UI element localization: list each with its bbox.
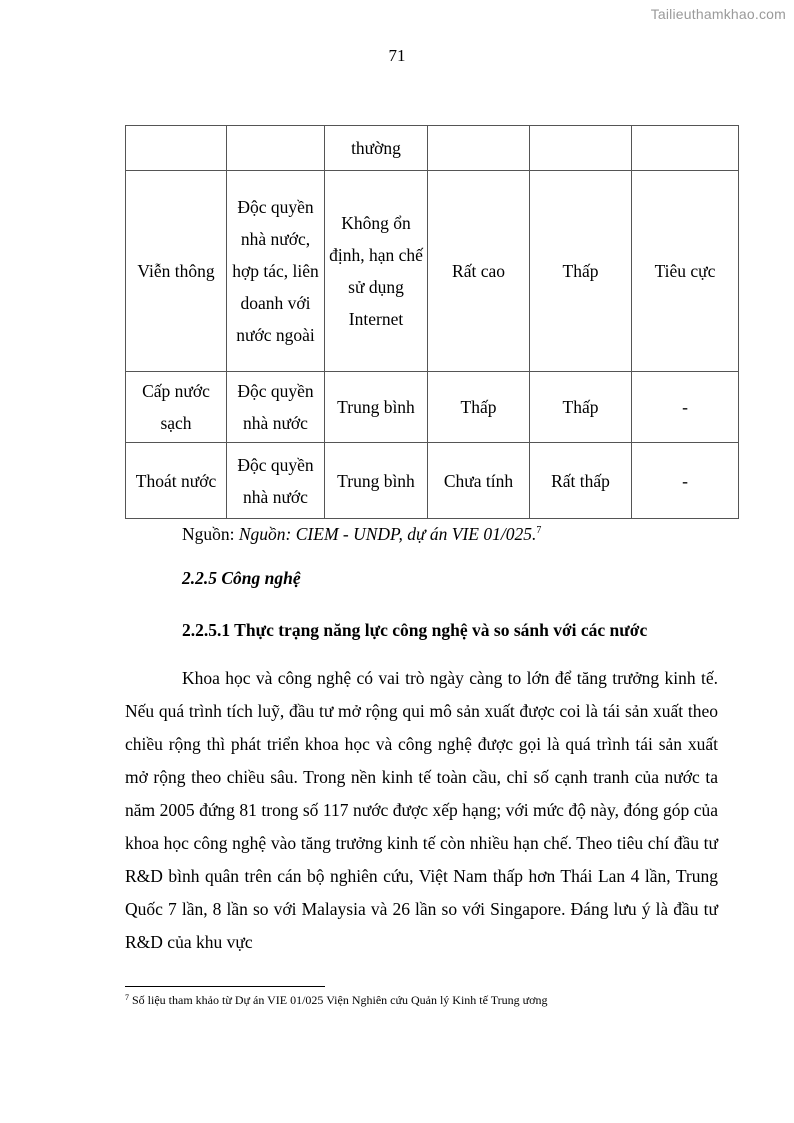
table-cell: Không ổn định, hạn chế sử dụng Internet — [325, 171, 428, 372]
page-number: 71 — [0, 46, 794, 66]
footnote-ref[interactable]: 7 — [536, 525, 541, 536]
subsection-heading: 2.2.5.1 Thực trạng năng lực công nghệ và… — [182, 620, 647, 641]
source-text: Nguồn: CIEM - UNDP, dự án VIE 01/025. — [239, 524, 536, 544]
table-cell — [530, 126, 632, 171]
table-cell: Trung bình — [325, 443, 428, 519]
footnote-text: Số liệu tham khảo từ Dự án VIE 01/025 Vi… — [132, 993, 548, 1007]
footnote-divider — [125, 986, 325, 987]
table-cell: Độc quyền nhà nước, hợp tác, liên doanh … — [227, 171, 325, 372]
footnote-number: 7 — [125, 993, 129, 1002]
table-cell — [428, 126, 530, 171]
table-row: Thoát nước Độc quyền nhà nước Trung bình… — [126, 443, 739, 519]
footnote: 7 Số liệu tham khảo từ Dự án VIE 01/025 … — [125, 993, 548, 1008]
source-label: Nguồn: — [182, 524, 239, 544]
table-cell: - — [632, 372, 739, 443]
table-cell: Chưa tính — [428, 443, 530, 519]
table-cell: Viễn thông — [126, 171, 227, 372]
table-cell — [632, 126, 739, 171]
table-cell: Độc quyền nhà nước — [227, 443, 325, 519]
table-cell: Rất thấp — [530, 443, 632, 519]
table-cell — [126, 126, 227, 171]
table-cell: Rất cao — [428, 171, 530, 372]
table-cell: Trung bình — [325, 372, 428, 443]
table-cell: Tiêu cực — [632, 171, 739, 372]
table-cell: Thấp — [530, 171, 632, 372]
table-row: Cấp nước sạch Độc quyền nhà nước Trung b… — [126, 372, 739, 443]
body-paragraph: Khoa học và công nghệ có vai trò ngày cà… — [125, 662, 718, 959]
table-source: Nguồn: Nguồn: CIEM - UNDP, dự án VIE 01/… — [182, 524, 541, 545]
table-cell: Thấp — [428, 372, 530, 443]
table-cell — [227, 126, 325, 171]
table-cell: Thấp — [530, 372, 632, 443]
table-cell: Cấp nước sạch — [126, 372, 227, 443]
table-row: Viễn thông Độc quyền nhà nước, hợp tác, … — [126, 171, 739, 372]
watermark: Tailieuthamkhao.com — [651, 6, 786, 22]
table-row: thường — [126, 126, 739, 171]
table-cell: - — [632, 443, 739, 519]
data-table: thường Viễn thông Độc quyền nhà nước, hợ… — [125, 125, 739, 519]
table-cell: Độc quyền nhà nước — [227, 372, 325, 443]
table-cell: thường — [325, 126, 428, 171]
table-cell: Thoát nước — [126, 443, 227, 519]
section-heading: 2.2.5 Công nghệ — [182, 568, 301, 589]
